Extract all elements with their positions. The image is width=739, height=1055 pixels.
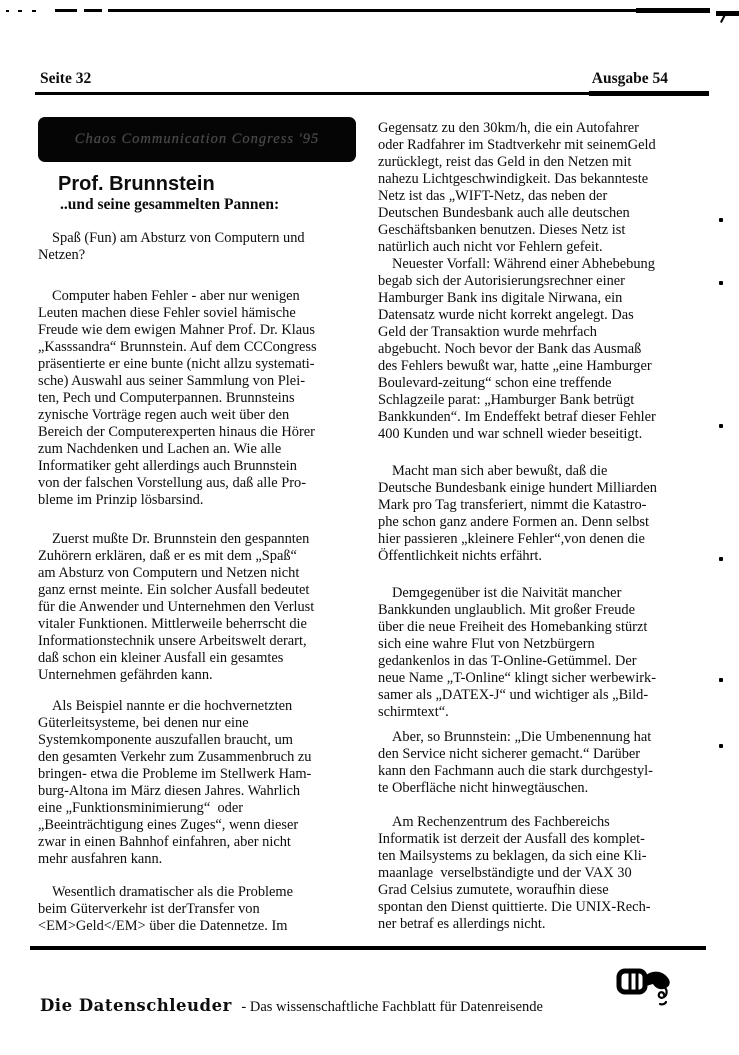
- paragraph: Wesentlich dramatischer als die Probleme…: [38, 884, 368, 935]
- right-column: Gegensatz zu den 30km/h, die ein Autofah…: [378, 120, 708, 933]
- paragraph: Neuester Vorfall: Während einer Abhebebu…: [378, 256, 708, 443]
- scan-artifact-dot: [719, 218, 723, 222]
- paragraph: Macht man sich aber bewußt, daß die Deut…: [378, 463, 708, 565]
- paragraph: Spaß (Fun) am Absturz von Computern und …: [38, 230, 368, 264]
- scan-artifact-dot: [719, 557, 723, 561]
- paragraph: Zuerst mußte Dr. Brunnstein den gespannt…: [38, 531, 368, 684]
- scan-artifact-dot: [719, 281, 723, 285]
- left-column: Spaß (Fun) am Absturz von Computern und …: [38, 230, 368, 935]
- banner-text: Chaos Communication Congress '95: [75, 131, 319, 148]
- page-header: Seite 32 Ausgabe 54: [40, 70, 668, 88]
- paragraph: Gegensatz zu den 30km/h, die ein Autofah…: [378, 120, 708, 256]
- paragraph: Demgegenüber ist die Naivität mancher Ba…: [378, 585, 708, 721]
- paragraph: Am Rechenzentrum des Fachbereichs Inform…: [378, 814, 708, 933]
- scan-artifact-dot: [719, 424, 723, 428]
- paragraph: Computer haben Fehler - aber nur wenigen…: [38, 288, 368, 509]
- article-title: Prof. Brunnstein: [58, 173, 279, 195]
- paragraph: Aber, so Brunnstein: „Die Umbenennung ha…: [378, 729, 708, 797]
- scan-artifact-dot: [719, 678, 723, 682]
- magazine-page: Seite 32 Ausgabe 54 Chaos Communication …: [0, 0, 739, 1055]
- magazine-name: Die Datenschleuder: [40, 996, 232, 1015]
- footer-rule: [30, 946, 706, 950]
- hand-slinging-disk-icon: [616, 962, 682, 1008]
- page-number: Seite 32: [40, 70, 91, 88]
- congress-banner: Chaos Communication Congress '95: [38, 117, 356, 162]
- paragraph: Als Beispiel nannte er die hochvernetzte…: [38, 698, 368, 868]
- footer-tagline: - Das wissenschaftliche Fachblatt für Da…: [241, 999, 543, 1015]
- issue-number: Ausgabe 54: [592, 70, 668, 88]
- header-rule: [35, 92, 707, 95]
- scan-artifact-dot: [719, 744, 723, 748]
- page-footer: Die Datenschleuder - Das wissenschaftlic…: [40, 996, 543, 1016]
- article-title-block: Prof. Brunnstein ..und seine gesammelten…: [58, 173, 279, 213]
- scan-artifact-top-line: [0, 7, 739, 17]
- article-subtitle: ..und seine gesammelten Pannen:: [60, 196, 279, 213]
